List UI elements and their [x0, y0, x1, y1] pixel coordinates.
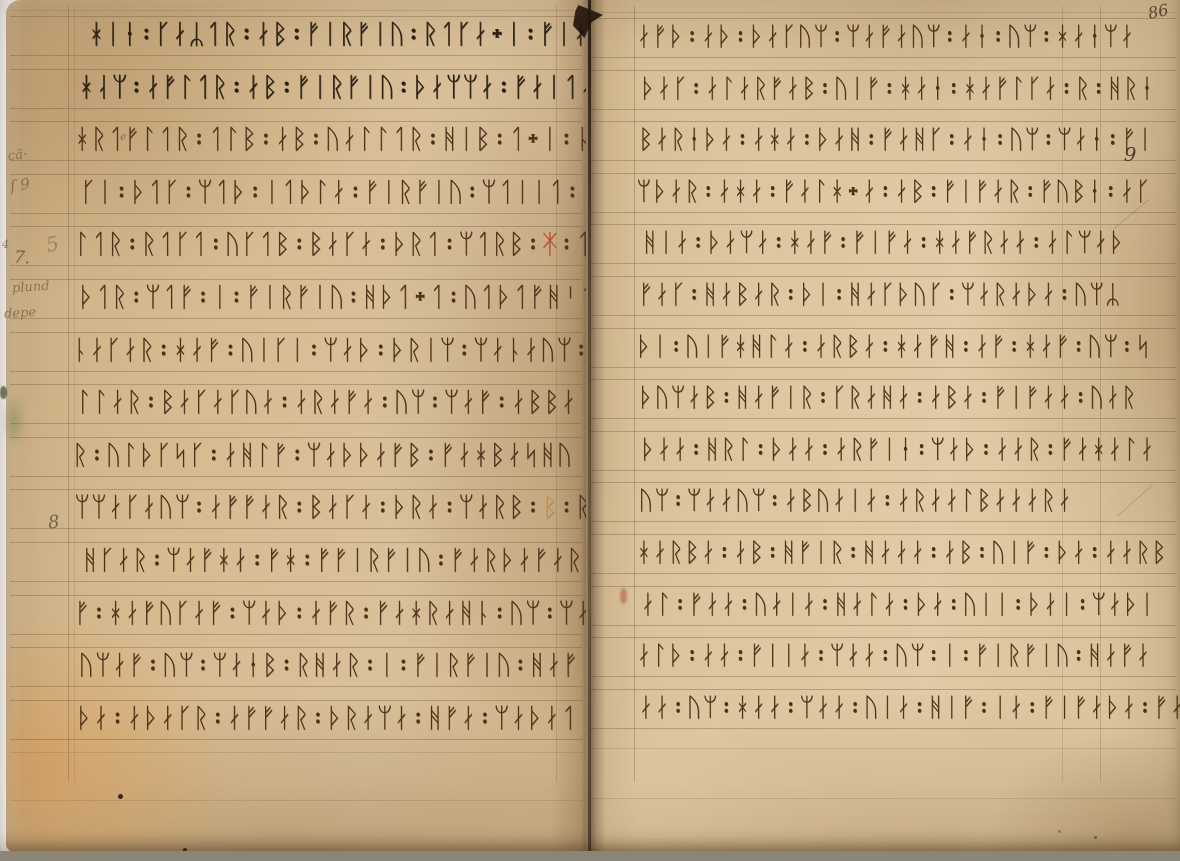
rune-text: ᛘᚦᛅᚱ᛬ᛅᚼᛅ᛬ᚠᛅᛚᚼ᛭ᛅ᛬ᛅᛒ᛬ᚠᛁᚠᛅᚱ᛬ᚠᚢᛒᛂ᛬ᛅᚴ [636, 177, 1151, 207]
rune-line: ᚼᚱᛐᚠᛚᛐᚱ᛬ᛐᛚᛒ᛬ᛅᛒ᛬ᚢᛅᛚᛚᛐᚱ᛬ᚻᛁᛒ᛬ᛐ᛭ᛁ᛬ᚿᛁ [74, 119, 608, 161]
rune-text: ᚦᛅ᛬ᛅᚦᛅᚴᚱ᛬ᛅᚠᚠᛅᚱ᛬ᚦᚱᛅᛘᛅ᛬ᚻᚠᛅ᛬ᛘᛅᚦᛅᛐ [76, 703, 577, 734]
rune-line: ᚦᛅ᛬ᛅᚦᛅᚴᚱ᛬ᛅᚠᚠᛅᚱ᛬ᚦᚱᛅᛘᛅ᛬ᚻᚠᛅ᛬ᛘᛅᚦᛅᛐ [76, 698, 577, 740]
rune-line: ᛚᛚᛅᚱ᛬ᛒᛅᚴᛅᚴᚢᛅ᛬ᛅᚱᛅᚠᛅ᛬ᚢᛘ᛬ᛘᛅᚠ᛬ᛅᛒᛒᛅ [76, 382, 577, 424]
rune-text: ᚻᚴᛅᚱ᛬ᛘᛅᚠᚼᛅ᛬ᚠᚼ᛬ᚠᚠᛁᚱᚠᛁᚢ᛬ᚠᛅᚱᚦᛅᚠᛅᚱ᛬ᚻ [82, 545, 616, 576]
rune-text: ᚼᛁᛂ᛬ᚴᛅᛦᛐᚱ᛬ᛅᛒ᛬ᚠᛁᚱᚠᛁᚢ᛬ᚱᛐᚴᛅ᛭ᛁ᛬ᚠᛁᛅᛐ [88, 19, 606, 50]
rune-line: ᚦᛅᚴ᛬ᛅᛚᛅᚱᚠᛅᛒ᛬ᚢᛁᚠ᛬ᚼᛅᛂ᛬ᚼᛅᚠᛚᚴᛅ᛬ᚱ᛬ᚻᚱᛂ [640, 68, 1155, 110]
rune-line: ᛚᛐᚱ᛬ᚱᛐᚴᛐ᛬ᚢᚴᛐᛒ᛬ᛒᛅᚴᛅ᛬ᚦᚱᛐ᛬ᛘᛐᚱᛒ᛬ᛡ᛬ᛐᛒ [74, 224, 608, 266]
rune-text: ᚢᛘᛅᚠ᛬ᚢᛘ᛬ᛘᛅᛂᛒ᛬ᚱᚻᛅᚱ᛬ᛁ᛬ᚠᛁᚱᚠᛁᚢ᛬ᚻᛅᚠ [78, 650, 579, 681]
rune-text: ᛚᛚᛅᚱ᛬ᛒᛅᚴᛅᚴᚢᛅ᛬ᛅᚱᛅᚠᛅ᛬ᚢᛘ᛬ᛘᛅᚠ᛬ᛅᛒᛒᛅ [76, 387, 577, 418]
rune-line: ᚴᛁ᛬ᚦᛐᚴ᛬ᛘᛐᚦ᛬ᛁᛐᚦᛚᛅ᛬ᚠᛁᚱᚠᛁᚢ᛬ᛘᛐᛁᛁᛐ᛬ᛐᛚ [80, 172, 614, 214]
rune-text: ᚦᛅᛅ᛬ᚻᚱᛚ᛬ᚦᛅᛅ᛬ᛅᚱᚠᛁᛂ᛬ᛘᛅᚦ᛬ᛅᛅᚱ᛬ᚠᛅᚼᛅᛚᛅ [640, 435, 1155, 465]
margin-note-ca: cã· [7, 147, 28, 164]
rune-line: ᚼᛆᛘ᛬ᛅᚠᛚᛐᚱ᛬ᛅᛒ᛬ᚠᛁᚱᚠᛁᚢ᛬ᚦᛅᛘᛘᛅ᛬ᚠᛅᛁᛐᛅᛒ [78, 67, 612, 109]
dark-edge-spot [0, 386, 7, 399]
rune-line: ᚦᛐᚱ᛬ᛘᛐᚠ᛬ᛁ᛬ᚠᛁᚱᚠᛁᚢ᛬ᚻᚦᛐ᛭ᛐ᛬ᚢᛐᚦᛐᚠᚻᛌᛐᚠ [78, 277, 612, 319]
margin-note-4: 4 [2, 238, 9, 251]
margin-note-depe: depe [4, 305, 37, 322]
rune-line: ᚿᛅᚴᛅᚱ᛬ᚼᛅᚠ᛬ᚢᛁᚴᛁ᛬ᛘᛅᚦ᛬ᚦᚱᛁᛘ᛬ᛘᛅᚿᛅᚢᛘ᛬ᛅ [72, 330, 606, 372]
rune-line: ᚻᚴᛅᚱ᛬ᛘᛅᚠᚼᛅ᛬ᚠᚼ᛬ᚠᚠᛁᚱᚠᛁᚢ᛬ᚠᛅᚱᚦᛅᚠᛅᚱ᛬ᚻ [82, 540, 616, 582]
rune-line: ᚦᛁ᛬ᚢᛁᚠᚼᚻᛚᛅ᛬ᛅᚱᛒᛅ᛬ᚼᛅᚠᚻ᛬ᛅᚠ᛬ᚼᛅᚠ᛬ᚢᛘ᛬ᛋ [636, 326, 1151, 368]
rune-text: ᚼᛅᚱᛒᛅ᛬ᛅᛒ᛬ᚻᚠᛁᚱ᛬ᚻᛅᛅᛅ᛬ᛅᛒ᛬ᚢᛁᚠ᛬ᚦᛅ᛬ᛅᛅᚱᛒ [636, 538, 1167, 568]
margin-note-section9: ſ 9 [9, 175, 31, 196]
rune-text: ᚻᛁᛅ᛬ᚦᛅᛘᛅ᛬ᚼᛅᚠ᛬ᚠᛁᚠᛅ᛬ᚼᛅᚠᚱᛅᛅ᛬ᛅᛚᛘᛅᚦ [642, 228, 1125, 258]
rune-text: ᚦᚢᛘᛅᛒ᛬ᚻᛅᚠᛁᚱ᛬ᚴᚱᛅᚻᛅ᛬ᛅᛒᛅ᛬ᚠᛁᚠᛅᛅ᛬ᚢᛅᚱ [638, 383, 1137, 413]
red-edge-stain [620, 588, 627, 604]
photo-backdrop-strip [0, 851, 1180, 861]
rune-text: ᚿᛅᚴᛅᚱ᛬ᚼᛅᚠ᛬ᚢᛁᚴᛁ᛬ᛘᛅᚦ᛬ᚦᚱᛁᛘ᛬ᛘᛅᚿᛅᚢᛘ᛬ᛅ [72, 335, 606, 366]
rune-text-column-right: ᛅᚠᚦ᛬ᛅᚦ᛬ᚦᛅᚴᚢᛘ᛬ᛘᛅᚠᛅᚢᛘ᛬ᛅᛂ᛬ᚢᛘ᛬ᚼᛅᛂᛘᛅᚦᛅᚴ᛬ᛅᛚᛅᚱᚠ… [636, 0, 1180, 852]
rune-text: ᛚᛐᚱ᛬ᚱᛐᚴᛐ᛬ᚢᚴᛐᛒ᛬ᛒᛅᚴᛅ᛬ᚦᚱᛐ᛬ᛘᛐᚱᛒ᛬ [74, 229, 542, 260]
rune-text-column-left: ᚼᛁᛂ᛬ᚴᛅᛦᛐᚱ᛬ᛅᛒ᛬ᚠᛁᚱᚠᛁᚢ᛬ᚱᛐᚴᛅ᛭ᛁ᛬ᚠᛁᛅᛐᚼᛆᛘ᛬ᛅᚠᛚᛐᚱ… [72, 0, 652, 852]
rune-text: ᚦᛐᚱ᛬ᛘᛐᚠ᛬ᛁ᛬ᚠᛁᚱᚠᛁᚢ᛬ᚻᚦᛐ᛭ᛐ᛬ᚢᛐᚦᛐᚠᚻᛌᛐᚠ [78, 282, 612, 313]
ink-speck [1094, 836, 1097, 839]
ruling-vertical-right-inner [634, 6, 635, 782]
ink-speck [118, 794, 123, 799]
rune-line: ᚼᛅᚱᛒᛅ᛬ᛅᛒ᛬ᚻᚠᛁᚱ᛬ᚻᛅᛅᛅ᛬ᛅᛒ᛬ᚢᛁᚠ᛬ᚦᛅ᛬ᛅᛅᚱᛒ [636, 532, 1167, 574]
page-left: ᚼᛁᛂ᛬ᚴᛅᛦᛐᚱ᛬ᛅᛒ᛬ᚠᛁᚱᚠᛁᚢ᛬ᚱᛐᚴᛅ᛭ᛁ᛬ᚠᛁᛅᛐᚼᛆᛘ᛬ᛅᚠᛚᛐᚱ… [6, 0, 586, 852]
rune-text: ᛅᛅ᛬ᚢᛘ᛬ᚼᛅᛅ᛬ᛘᛅᛅ᛬ᚢᛁᛅ᛬ᚻᛁᚠ᛬ᛁᛅ᛬ᚠᛁᚠᛅᚦᛅ᛬ᚠᛅᚱᛅ [638, 693, 1180, 723]
green-smudge [2, 394, 26, 448]
rune-text: ᛒᛅᚱᛂᚦᛅ᛬ᛅᚼᛅ᛬ᚦᛅᚻ᛬ᚠᛅᚻᚴ᛬ᛅᛂ᛬ᚢᛘ᛬ᛘᛅᛂ᛬ᚠᛁ [638, 125, 1153, 155]
rune-line: ᚼᛁᛂ᛬ᚴᛅᛦᛐᚱ᛬ᛅᛒ᛬ᚠᛁᚱᚠᛁᚢ᛬ᚱᛐᚴᛅ᛭ᛁ᛬ᚠᛁᛅᛐ [88, 14, 606, 56]
margin-note-7: 7. [13, 247, 31, 268]
rune-line: ᛅᚠᚦ᛬ᛅᚦ᛬ᚦᛅᚴᚢᛘ᛬ᛘᛅᚠᛅᚢᛘ᛬ᛅᛂ᛬ᚢᛘ᛬ᚼᛅᛂᛘᛅ [636, 16, 1135, 58]
rune-line: ᚦᚢᛘᛅᛒ᛬ᚻᛅᚠᛁᚱ᛬ᚴᚱᛅᚻᛅ᛬ᛅᛒᛅ᛬ᚠᛁᚠᛅᛅ᛬ᚢᛅᚱ [638, 377, 1137, 419]
rune-line: ᛅᛚ᛬ᚠᛅᛅ᛬ᚢᛅᛁᛅ᛬ᚻᛅᛚᛅ᛬ᚦᛅ᛬ᚢᛁᛁ᛬ᚦᛅᛁ᛬ᛘᛅᚦᛁ [640, 584, 1155, 626]
manuscript-photo: ᚼᛁᛂ᛬ᚴᛅᛦᛐᚱ᛬ᛅᛒ᛬ᚠᛁᚱᚠᛁᚢ᛬ᚱᛐᚴᛅ᛭ᛁ᛬ᚠᛁᛅᛐᚼᛆᛘ᛬ᛅᚠᛚᛐᚱ… [0, 0, 1180, 861]
ochre-initial-rune: ᛒ [542, 492, 559, 523]
rune-text: ᚼᛆᛘ᛬ᛅᚠᛚᛐᚱ᛬ᛅᛒ᛬ᚠᛁᚱᚠᛁᚢ᛬ᚦᛅᛘᛘᛅ᛬ᚠᛅᛁᛐᛅᛒ [78, 72, 612, 103]
rune-line: ᚻᛁᛅ᛬ᚦᛅᛘᛅ᛬ᚼᛅᚠ᛬ᚠᛁᚠᛅ᛬ᚼᛅᚠᚱᛅᛅ᛬ᛅᛚᛘᛅᚦ [642, 222, 1125, 264]
rune-text: ᚠᛅᚴ᛬ᚻᛅᛒᛅᚱ᛬ᚦᛁ᛬ᚻᛅᚴᚦᚢᚴ᛬ᛘᛅᚱᛅᚦᛅ᛬ᚢᛘᛦ [638, 280, 1121, 310]
margin-number-9: 9 [1123, 144, 1136, 167]
rune-text: ᚠ᛬ᚼᛅᚠᚢᚴᛅᚠ᛬ᛘᛅᚦ᛬ᛅᚠᚱ᛬ᚠᛅᚼᚱᛅᚻᚿ᛬ᚢᛘ᛬ᛘᛅᚠᚠ [74, 598, 625, 629]
margin-number-8: 8 [47, 511, 61, 533]
rune-text: ᛅᛚ᛬ᚠᛅᛅ᛬ᚢᛅᛁᛅ᛬ᚻᛅᛚᛅ᛬ᚦᛅ᛬ᚢᛁᛁ᛬ᚦᛅᛁ᛬ᛘᛅᚦᛁ [640, 590, 1155, 620]
rune-line: ᚠᛅᚴ᛬ᚻᛅᛒᛅᚱ᛬ᚦᛁ᛬ᚻᛅᚴᚦᚢᚴ᛬ᛘᛅᚱᛅᚦᛅ᛬ᚢᛘᛦ [638, 274, 1121, 316]
rune-text: ᚴᛁ᛬ᚦᛐᚴ᛬ᛘᛐᚦ᛬ᛁᛐᚦᛚᛅ᛬ᚠᛁᚱᚠᛁᚢ᛬ᛘᛐᛁᛁᛐ᛬ᛐᛚ [80, 177, 614, 208]
rune-line: ᚠ᛬ᚼᛅᚠᚢᚴᛅᚠ᛬ᛘᛅᚦ᛬ᛅᚠᚱ᛬ᚠᛅᚼᚱᛅᚻᚿ᛬ᚢᛘ᛬ᛘᛅᚠᚠ [74, 593, 625, 635]
ink-speck [1058, 830, 1061, 833]
rune-line: ᛒᛅᚱᛂᚦᛅ᛬ᛅᚼᛅ᛬ᚦᛅᚻ᛬ᚠᛅᚻᚴ᛬ᛅᛂ᛬ᚢᛘ᛬ᛘᛅᛂ᛬ᚠᛁ [638, 119, 1153, 161]
margin-note-lund: plund [12, 279, 51, 297]
rune-text: ᚦᛁ᛬ᚢᛁᚠᚼᚻᛚᛅ᛬ᛅᚱᛒᛅ᛬ᚼᛅᚠᚻ᛬ᛅᚠ᛬ᚼᛅᚠ᛬ᚢᛘ᛬ᛋ [636, 332, 1151, 362]
rune-text: ᚱ᛬ᚢᛚᚦᚴᛋᚴ᛬ᛅᚻᛚᚠ᛬ᛘᛅᚦᚦᛅᚠᛒ᛬ᚠᛅᚼᛒᛅᛋᚻᚢ [72, 440, 573, 471]
rune-text: ᛅᛚᚦ᛬ᛅᛅ᛬ᚠᛁᛁᛅ᛬ᛘᛅᛅ᛬ᚢᛘ᛬ᛁ᛬ᚠᛁᚱᚠᛁᚢ᛬ᚻᛅᚠᛅ [636, 641, 1151, 671]
rune-line: ᛘᚦᛅᚱ᛬ᛅᚼᛅ᛬ᚠᛅᛚᚼ᛭ᛅ᛬ᛅᛒ᛬ᚠᛁᚠᛅᚱ᛬ᚠᚢᛒᛂ᛬ᛅᚴ [636, 171, 1151, 213]
red-initial-rune: ᛡ [542, 229, 559, 260]
rune-text: ᚦᛅᚴ᛬ᛅᛚᛅᚱᚠᛅᛒ᛬ᚢᛁᚠ᛬ᚼᛅᛂ᛬ᚼᛅᚠᛚᚴᛅ᛬ᚱ᛬ᚻᚱᛂ [640, 74, 1155, 104]
rune-line: ᛘᛘᛅᚴᛅᚢᛘ᛬ᛅᚠᚠᛅᚱ᛬ᛒᛅᚴᛅ᛬ᚦᚱᛅ᛬ᛘᛅᚱᛒ᛬ᛒ᛬ᚱ [74, 487, 592, 529]
rune-line: ᚦᛅᛅ᛬ᚻᚱᛚ᛬ᚦᛅᛅ᛬ᛅᚱᚠᛁᛂ᛬ᛘᛅᚦ᛬ᛅᛅᚱ᛬ᚠᛅᚼᛅᛚᛅ [640, 429, 1155, 471]
rune-text: ᛅᚠᚦ᛬ᛅᚦ᛬ᚦᛅᚴᚢᛘ᛬ᛘᛅᚠᛅᚢᛘ᛬ᛅᛂ᛬ᚢᛘ᛬ᚼᛅᛂᛘᛅ [636, 22, 1135, 52]
rune-line: ᚱ᛬ᚢᛚᚦᚴᛋᚴ᛬ᛅᚻᛚᚠ᛬ᛘᛅᚦᚦᛅᚠᛒ᛬ᚠᛅᚼᛒᛅᛋᚻᚢ [72, 435, 573, 477]
rune-line: ᛅᛚᚦ᛬ᛅᛅ᛬ᚠᛁᛁᛅ᛬ᛘᛅᛅ᛬ᚢᛘ᛬ᛁ᛬ᚠᛁᚱᚠᛁᚢ᛬ᚻᛅᚠᛅ [636, 635, 1151, 677]
page-right: ᛅᚠᚦ᛬ᛅᚦ᛬ᚦᛅᚴᚢᛘ᛬ᛘᛅᚠᛅᚢᛘ᛬ᛅᛂ᛬ᚢᛘ᛬ᚼᛅᛂᛘᛅᚦᛅᚴ᛬ᛅᛚᛅᚱᚠ… [586, 0, 1180, 852]
rune-text: ᚢᛘ᛬ᛘᛅᛅᚢᛘ᛬ᛅᛒᚢᛅᛁᛅ᛬ᛅᚱᛅᛅᛚᛒᛅᛅᛅᚱᛅ [638, 486, 1073, 516]
ruling-vertical-left-inner [68, 6, 69, 782]
margin-note-e: e [119, 130, 128, 144]
rune-line: ᛅᛅ᛬ᚢᛘ᛬ᚼᛅᛅ᛬ᛘᛅᛅ᛬ᚢᛁᛅ᛬ᚻᛁᚠ᛬ᛁᛅ᛬ᚠᛁᚠᛅᚦᛅ᛬ᚠᛅᚱᛅ [638, 687, 1180, 729]
rune-text: ᛘᛘᛅᚴᛅᚢᛘ᛬ᛅᚠᚠᛅᚱ᛬ᛒᛅᚴᛅ᛬ᚦᚱᛅ᛬ᛘᛅᚱᛒ᛬ [74, 492, 542, 523]
rune-line: ᚢᛘᛅᚠ᛬ᚢᛘ᛬ᛘᛅᛂᛒ᛬ᚱᚻᛅᚱ᛬ᛁ᛬ᚠᛁᚱᚠᛁᚢ᛬ᚻᛅᚠ [78, 645, 579, 687]
rune-line: ᚢᛘ᛬ᛘᛅᛅᚢᛘ᛬ᛅᛒᚢᛅᛁᛅ᛬ᛅᚱᛅᛅᛚᛒᛅᛅᛅᚱᛅ [638, 480, 1073, 522]
rune-text: ᚼᚱᛐᚠᛚᛐᚱ᛬ᛐᛚᛒ᛬ᛅᛒ᛬ᚢᛅᛚᛚᛐᚱ᛬ᚻᛁᛒ᛬ᛐ᛭ᛁ᛬ᚿᛁ [74, 124, 608, 155]
